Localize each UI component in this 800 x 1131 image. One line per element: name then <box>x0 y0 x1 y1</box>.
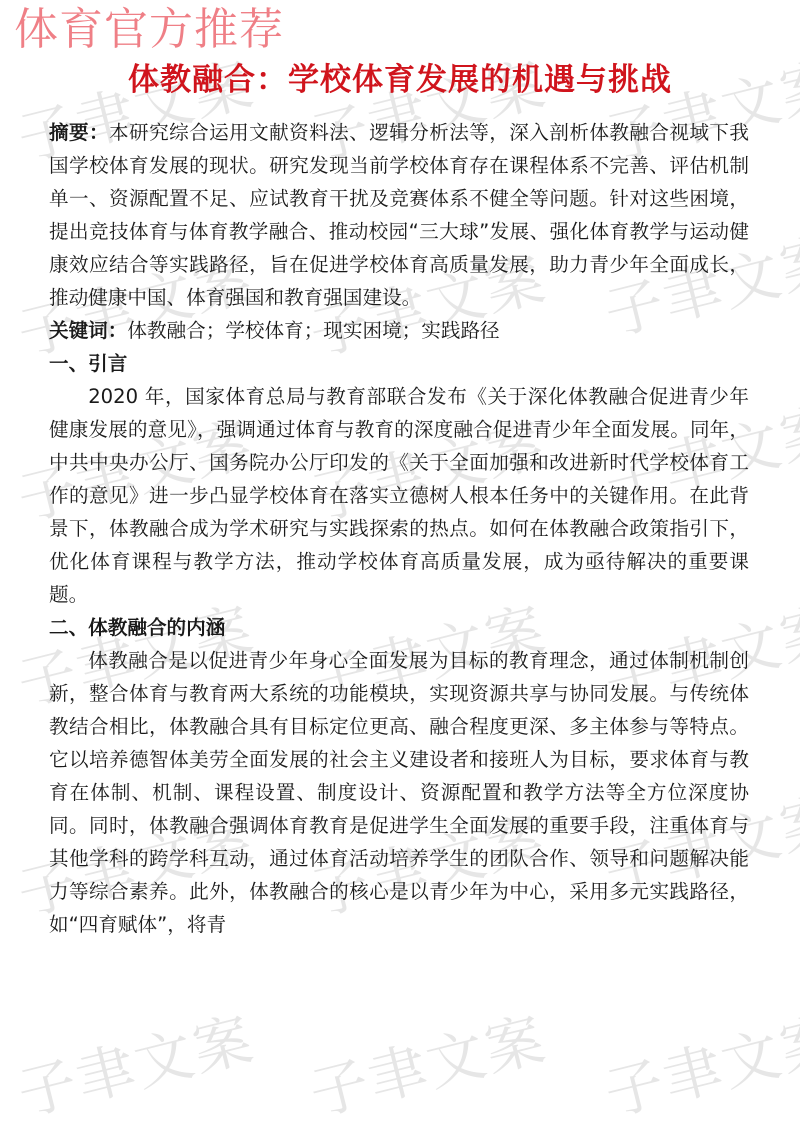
keywords: 关键词：体教融合；学校体育；现实困境；实践路径 <box>49 314 749 347</box>
watermark: 子聿文案 <box>300 992 553 1131</box>
introduction-paragraph: 2020 年，国家体育总局与教育部联合发布《关于深化体教融合促进青少年健康发展的… <box>49 380 749 611</box>
keywords-text: 体教融合；学校体育；现实困境；实践路径 <box>127 319 499 342</box>
watermark: 子聿文案 <box>595 992 800 1131</box>
watermark: 子聿文案 <box>8 992 261 1131</box>
section-heading-introduction: 一、引言 <box>49 347 749 380</box>
document-body: 摘要：本研究综合运用文献资料法、逻辑分析法等，深入剖析体教融合视域下我国学校体育… <box>49 116 749 941</box>
document-title: 体教融合：学校体育发展的机遇与挑战 <box>0 58 800 102</box>
abstract-text: 本研究综合运用文献资料法、逻辑分析法等，深入剖析体教融合视域下我国学校体育发展的… <box>49 121 749 309</box>
connotation-paragraph: 体教融合是以促进青少年身心全面发展为目标的教育理念，通过体制机制创新，整合体育与… <box>49 644 749 941</box>
abstract-label: 摘要： <box>49 121 109 144</box>
recommendation-stamp: 体育官方推荐 <box>14 2 284 58</box>
section-heading-connotation: 二、体教融合的内涵 <box>49 611 749 644</box>
abstract: 摘要：本研究综合运用文献资料法、逻辑分析法等，深入剖析体教融合视域下我国学校体育… <box>49 116 749 314</box>
keywords-label: 关键词： <box>49 319 127 342</box>
